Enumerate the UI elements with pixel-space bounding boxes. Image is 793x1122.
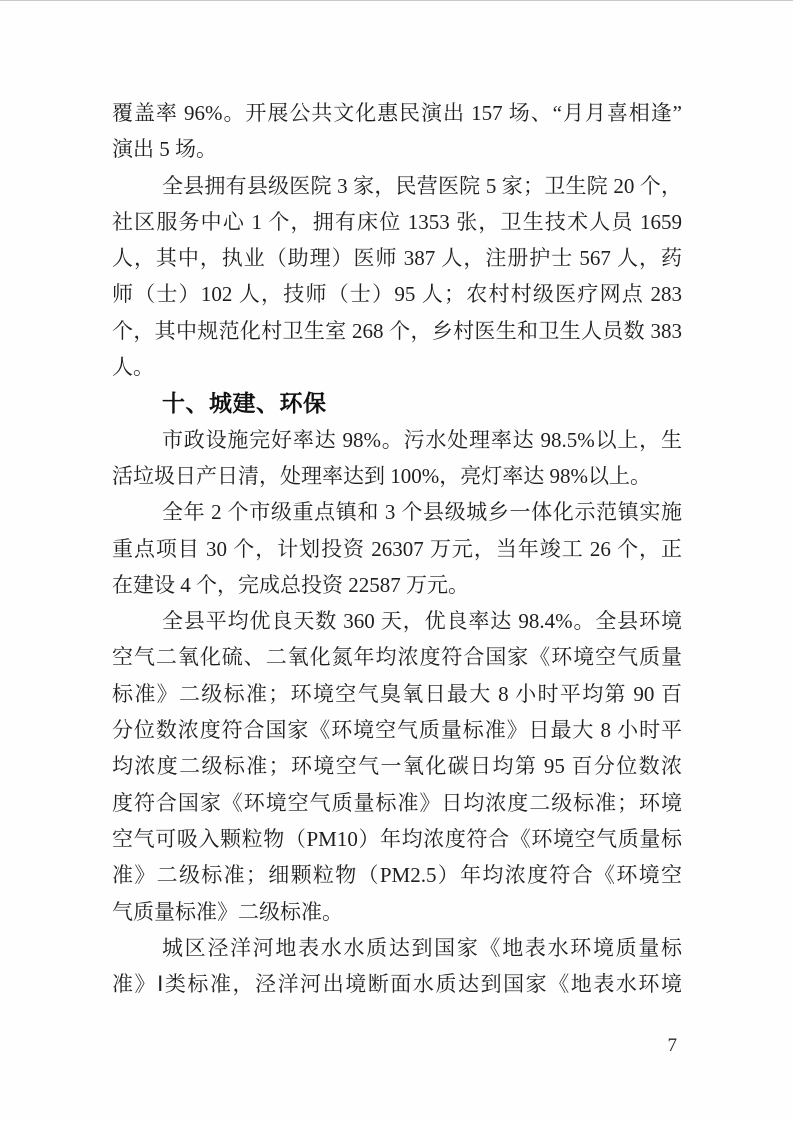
text-line: 人。	[112, 349, 682, 385]
text-line: 人，其中，执业（助理）医师 387 人，注册护士 567 人，药	[112, 240, 682, 276]
text-line: 社区服务中心 1 个，拥有床位 1353 张，卫生技术人员 1659	[112, 204, 682, 240]
text-line: 空气可吸入颗粒物（PM10）年均浓度符合《环境空气质量标	[112, 821, 682, 857]
text-line: 均浓度二级标准；环境空气一氧化碳日均第 95 百分位数浓	[112, 748, 682, 784]
section-heading: 十、城建、环保	[112, 385, 682, 421]
page-number: 7	[668, 1035, 678, 1057]
text-line: 全县平均优良天数 360 天，优良率达 98.4%。全县环境	[112, 603, 682, 639]
text-line: 个，其中规范化村卫生室 268 个，乡村医生和卫生人员数 383	[112, 313, 682, 349]
text-line: 活垃圾日产日清，处理率达到 100%，亮灯率达 98%以上。	[112, 458, 682, 494]
text-line: 覆盖率 96%。开展公共文化惠民演出 157 场、“月月喜相逢”	[112, 95, 682, 131]
text-line: 市政设施完好率达 98%。污水处理率达 98.5%以上，生	[112, 422, 682, 458]
text-line: 重点项目 30 个，计划投资 26307 万元，当年竣工 26 个，正	[112, 531, 682, 567]
document-body: 覆盖率 96%。开展公共文化惠民演出 157 场、“月月喜相逢”演出 5 场。全…	[112, 95, 682, 1002]
text-line: 分位数浓度符合国家《环境空气质量标准》日最大 8 小时平	[112, 712, 682, 748]
text-line: 全县拥有县级医院 3 家，民营医院 5 家；卫生院 20 个，	[112, 168, 682, 204]
text-line: 空气二氧化硫、二氧化氮年均浓度符合国家《环境空气质量	[112, 639, 682, 675]
text-line: 全年 2 个市级重点镇和 3 个县级城乡一体化示范镇实施	[112, 494, 682, 530]
text-line: 准》二级标准；细颗粒物（PM2.5）年均浓度符合《环境空	[112, 857, 682, 893]
text-line: 在建设 4 个，完成总投资 22587 万元。	[112, 567, 682, 603]
text-line: 演出 5 场。	[112, 131, 682, 167]
text-line: 师（士）102 人，技师（士）95 人；农村村级医疗网点 283	[112, 276, 682, 312]
document-page: 覆盖率 96%。开展公共文化惠民演出 157 场、“月月喜相逢”演出 5 场。全…	[0, 0, 793, 1122]
text-line: 度符合国家《环境空气质量标准》日均浓度二级标准；环境	[112, 785, 682, 821]
text-line: 城区泾洋河地表水水质达到国家《地表水环境质量标	[112, 930, 682, 966]
text-line: 标准》二级标准；环境空气臭氧日最大 8 小时平均第 90 百	[112, 676, 682, 712]
text-line: 准》Ⅰ类标准，泾洋河出境断面水质达到国家《地表水环境	[112, 966, 682, 1002]
text-line: 气质量标准》二级标准。	[112, 894, 682, 930]
